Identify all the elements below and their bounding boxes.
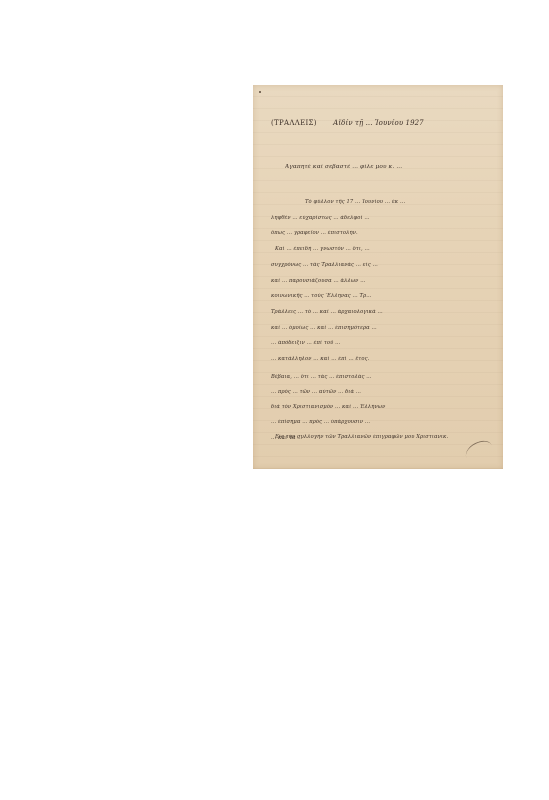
letter-body-line: καὶ ... παρουσιάζουσα ... ἄλλων ... — [271, 278, 488, 284]
letter-header: (ΤΡΑΛΛΕΙΣ) Αϊδίν τῇ ... Ἰουνίου 1927 — [271, 119, 424, 127]
letter-body-line: ... κατάλληλον ... καὶ ... ἐπὶ ... ἔτος. — [271, 356, 488, 362]
header-place: (ΤΡΑΛΛΕΙΣ) — [271, 119, 317, 127]
ink-speck — [259, 91, 261, 93]
letter-body-line: Τὸ φύλλον τῆς 17 ... Ἰουνίου ... ἐκ ... — [305, 199, 488, 205]
letter-salutation: Ἀγαπητὲ καὶ σεβαστὲ ... φίλε μου κ. ... — [285, 164, 402, 170]
letter-body-line: συγχρόνως ... τὰς Τραλλιανὰς ... εἰς ... — [271, 262, 488, 268]
letter-body-line: Εἰς τὴν συλλογὴν τῶν Τραλλιανῶν ἐπιγραφῶ… — [275, 434, 488, 440]
letter-body-line: Τράλλεις ... τὸ ... καὶ ... ἀρχαιολογικά… — [271, 309, 488, 315]
letter-body-line: ὅπως ... γραφεῖον ... ἐπιστολήν. — [271, 230, 488, 236]
letter-body-line: κοινωνικῆς ... τοὺς Ἕλληνας ... Τρ... — [271, 293, 488, 299]
letter-body-line: ... ἐπίσημα ... πρὸς ... ὑπάρχουσιν ... — [271, 419, 488, 425]
signature — [463, 438, 496, 465]
letter-body-line: Βέβαια, ... ὅτι ... τὰς ... ἐπιστολὰς ..… — [271, 374, 488, 380]
letter-body-line: ... ἀπόδειξιν ... ἐπὶ τοῦ ... — [271, 340, 488, 346]
header-dateline: Αϊδίν τῇ ... Ἰουνίου 1927 — [333, 119, 424, 127]
letter-body-line: ληφθὲν ... εὐχαρίστως ... ἀδελφοί ... — [271, 215, 488, 221]
letter-body-line: ... πρὸς ... τῶν ... αὐτῶν ... διὰ ... — [271, 389, 488, 395]
letter-body-line: Καὶ ... ἐπειδὴ ... γνωστὸν ... ὅτι, ... — [275, 246, 488, 252]
letter-body-line: διὰ τὸν Χριστιανισμὸν ... καὶ ... Ἑλλήνω… — [271, 404, 488, 410]
scanned-letter-page: (ΤΡΑΛΛΕΙΣ) Αϊδίν τῇ ... Ἰουνίου 1927 Ἀγα… — [253, 85, 503, 469]
letter-body-line: καὶ ... ὁμοίως ... καὶ ... ἐπισημότερα .… — [271, 325, 488, 331]
